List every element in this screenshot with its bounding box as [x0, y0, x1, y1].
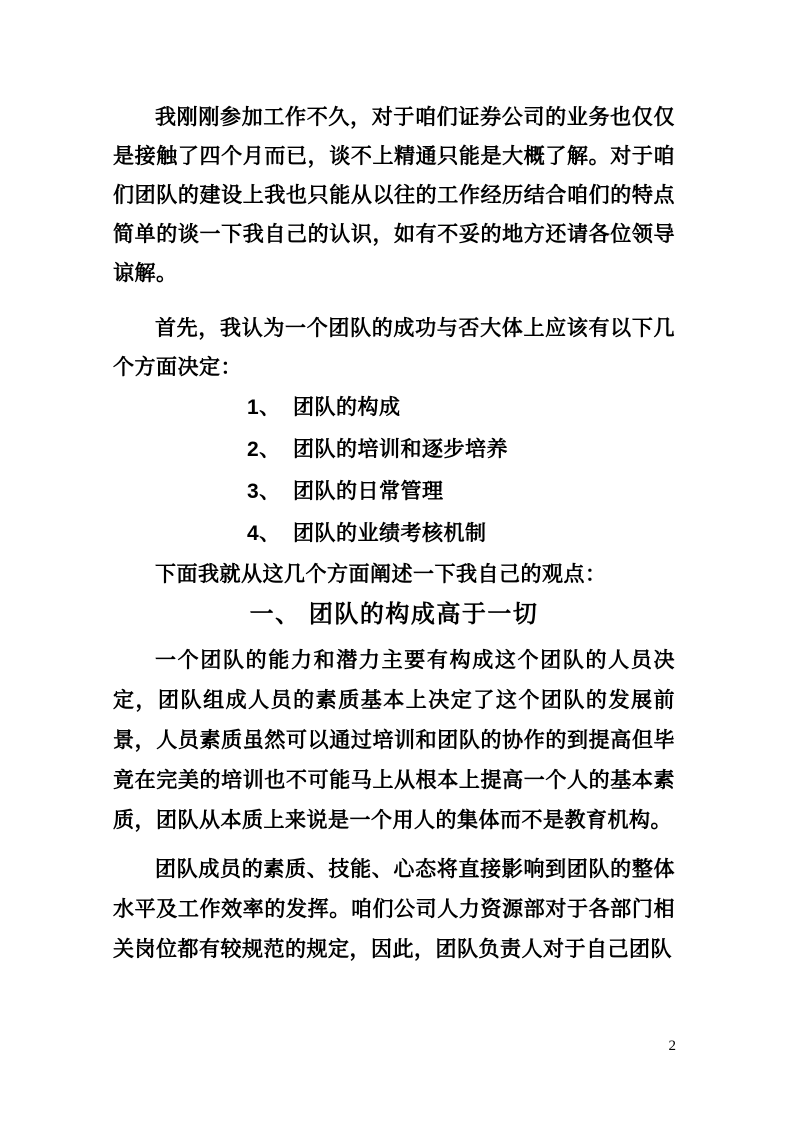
- paragraph-member-quality: 团队成员的素质、技能、心态将直接影响到团队的整体水平及工作效率的发挥。咱们公司人…: [113, 850, 675, 970]
- document-page: 我刚刚参加工作不久，对于咱们证券公司的业务也仅仅是接触了四个月而已，谈不上精通只…: [0, 0, 793, 1122]
- document-body: 我刚刚参加工作不久，对于咱们证券公司的业务也仅仅是接触了四个月而已，谈不上精通只…: [113, 98, 675, 970]
- list-item: 4、团队的业绩考核机制: [247, 513, 675, 555]
- list-item: 3、团队的日常管理: [247, 471, 675, 513]
- list-item-text: 团队的构成: [293, 396, 401, 419]
- paragraph-team-composition: 一个团队的能力和潜力主要有构成这个团队的人员决定，团队组成人员的素质基本上决定了…: [113, 641, 675, 841]
- list-item: 1、团队的构成: [247, 387, 675, 429]
- page-number: 2: [669, 1038, 677, 1055]
- list-item-text: 团队的业绩考核机制: [293, 522, 487, 545]
- paragraph-intro: 我刚刚参加工作不久，对于咱们证券公司的业务也仅仅是接触了四个月而已，谈不上精通只…: [113, 98, 675, 293]
- list-item-number: 1、: [247, 387, 293, 429]
- list-item-number: 2、: [247, 429, 293, 471]
- list-item-text: 团队的培训和逐步培养: [293, 438, 508, 461]
- paragraph-transition: 下面我就从这几个方面阐述一下我自己的观点：: [113, 555, 675, 594]
- list-item-number: 4、: [247, 513, 293, 555]
- section-heading: 一、 团队的构成高于一切: [113, 594, 675, 636]
- list-item-number: 3、: [247, 471, 293, 513]
- numbered-list: 1、团队的构成 2、团队的培训和逐步培养 3、团队的日常管理 4、团队的业绩考核…: [247, 387, 675, 555]
- list-item: 2、团队的培训和逐步培养: [247, 429, 675, 471]
- list-item-text: 团队的日常管理: [293, 480, 444, 503]
- paragraph-team-success-factors: 首先，我认为一个团队的成功与否大体上应该有以下几个方面决定：: [113, 309, 675, 387]
